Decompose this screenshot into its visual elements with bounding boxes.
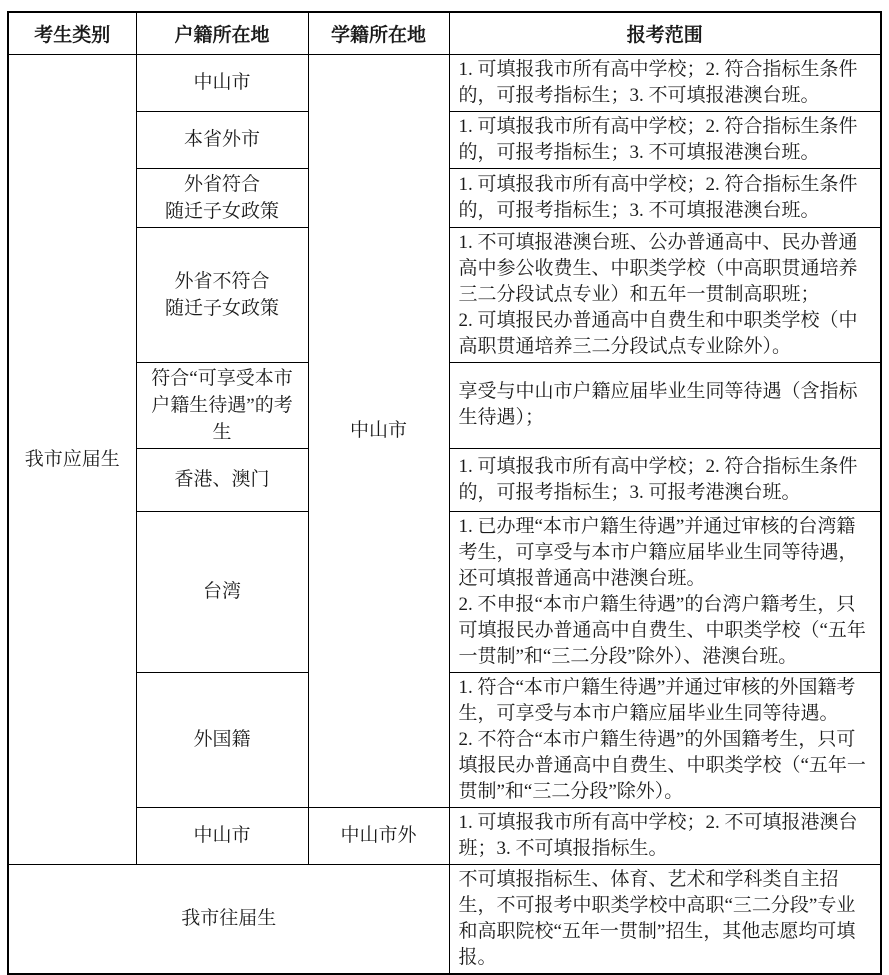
hukou-cell-taiwan: 台湾 bbox=[136, 511, 308, 672]
hukou-cell-zhongshan-outside-school: 中山市 bbox=[136, 807, 308, 864]
school-location-cell-outside-zhongshan: 中山市外 bbox=[308, 807, 449, 864]
scope-cell-other-city-in-province: 1. 可填报我市所有高中学校；2. 符合指标生条件的，可报考指标生；3. 不可填… bbox=[449, 111, 881, 168]
application-scope-table: 考生类别 户籍所在地 学籍所在地 报考范围 我市应届生 中山市 中山市 1. 可… bbox=[7, 11, 882, 975]
header-hukou-location: 户籍所在地 bbox=[136, 12, 308, 54]
header-candidate-category: 考生类别 bbox=[8, 12, 136, 54]
table-row: 中山市 中山市外 1. 可填报我市所有高中学校；2. 不可填报港澳台班；3. 不… bbox=[8, 807, 881, 864]
hukou-cell-hongkong-macau: 香港、澳门 bbox=[136, 448, 308, 511]
scope-cell-out-province-ineligible: 1. 不可填报港澳台班、公办普通高中、民办普通高中参公收费生、中职类学校（中高职… bbox=[449, 227, 881, 362]
scope-cell-zhongshan-outside-school: 1. 可填报我市所有高中学校；2. 不可填报港澳台班；3. 不可填报指标生。 bbox=[449, 807, 881, 864]
candidate-category-cell-fresh: 我市应届生 bbox=[8, 54, 136, 864]
header-school-location: 学籍所在地 bbox=[308, 12, 449, 54]
scope-cell-zhongshan: 1. 可填报我市所有高中学校；2. 符合指标生条件的，可报考指标生；3. 不可填… bbox=[449, 54, 881, 111]
table-row: 我市应届生 中山市 中山市 1. 可填报我市所有高中学校；2. 符合指标生条件的… bbox=[8, 54, 881, 111]
table-row: 我市往届生 不可填报指标生、体育、艺术和学科类自主招生，不可报考中职类学校中高职… bbox=[8, 864, 881, 974]
school-location-cell-zhongshan: 中山市 bbox=[308, 54, 449, 807]
scope-cell-foreign: 1. 符合“本市户籍生待遇”并通过审核的外国籍考生，可享受与本市户籍应届毕业生同… bbox=[449, 672, 881, 807]
header-application-scope: 报考范围 bbox=[449, 12, 881, 54]
hukou-cell-treated-as-local: 符合“可享受本市户籍生待遇”的考生 bbox=[136, 362, 308, 448]
candidate-category-cell-past: 我市往届生 bbox=[8, 864, 449, 974]
scope-cell-taiwan: 1. 已办理“本市户籍生待遇”并通过审核的台湾籍考生，可享受与本市户籍应届毕业生… bbox=[449, 511, 881, 672]
hukou-cell-out-province-eligible: 外省符合 随迁子女政策 bbox=[136, 168, 308, 227]
hukou-cell-foreign: 外国籍 bbox=[136, 672, 308, 807]
scope-cell-past-graduates: 不可填报指标生、体育、艺术和学科类自主招生，不可报考中职类学校中高职“三二分段”… bbox=[449, 864, 881, 974]
hukou-cell-out-province-ineligible: 外省不符合 随迁子女政策 bbox=[136, 227, 308, 362]
scope-cell-hongkong-macau: 1. 可填报我市所有高中学校；2. 符合指标生条件的，可报考指标生；3. 可报考… bbox=[449, 448, 881, 511]
scope-cell-treated-as-local: 享受与中山市户籍应届毕业生同等待遇（含指标生待遇）； bbox=[449, 362, 881, 448]
hukou-cell-zhongshan: 中山市 bbox=[136, 54, 308, 111]
hukou-cell-other-city-in-province: 本省外市 bbox=[136, 111, 308, 168]
table-header-row: 考生类别 户籍所在地 学籍所在地 报考范围 bbox=[8, 12, 881, 54]
page: 考生类别 户籍所在地 学籍所在地 报考范围 我市应届生 中山市 中山市 1. 可… bbox=[0, 0, 889, 939]
scope-cell-out-province-eligible: 1. 可填报我市所有高中学校；2. 符合指标生条件的，可报考指标生；3. 不可填… bbox=[449, 168, 881, 227]
